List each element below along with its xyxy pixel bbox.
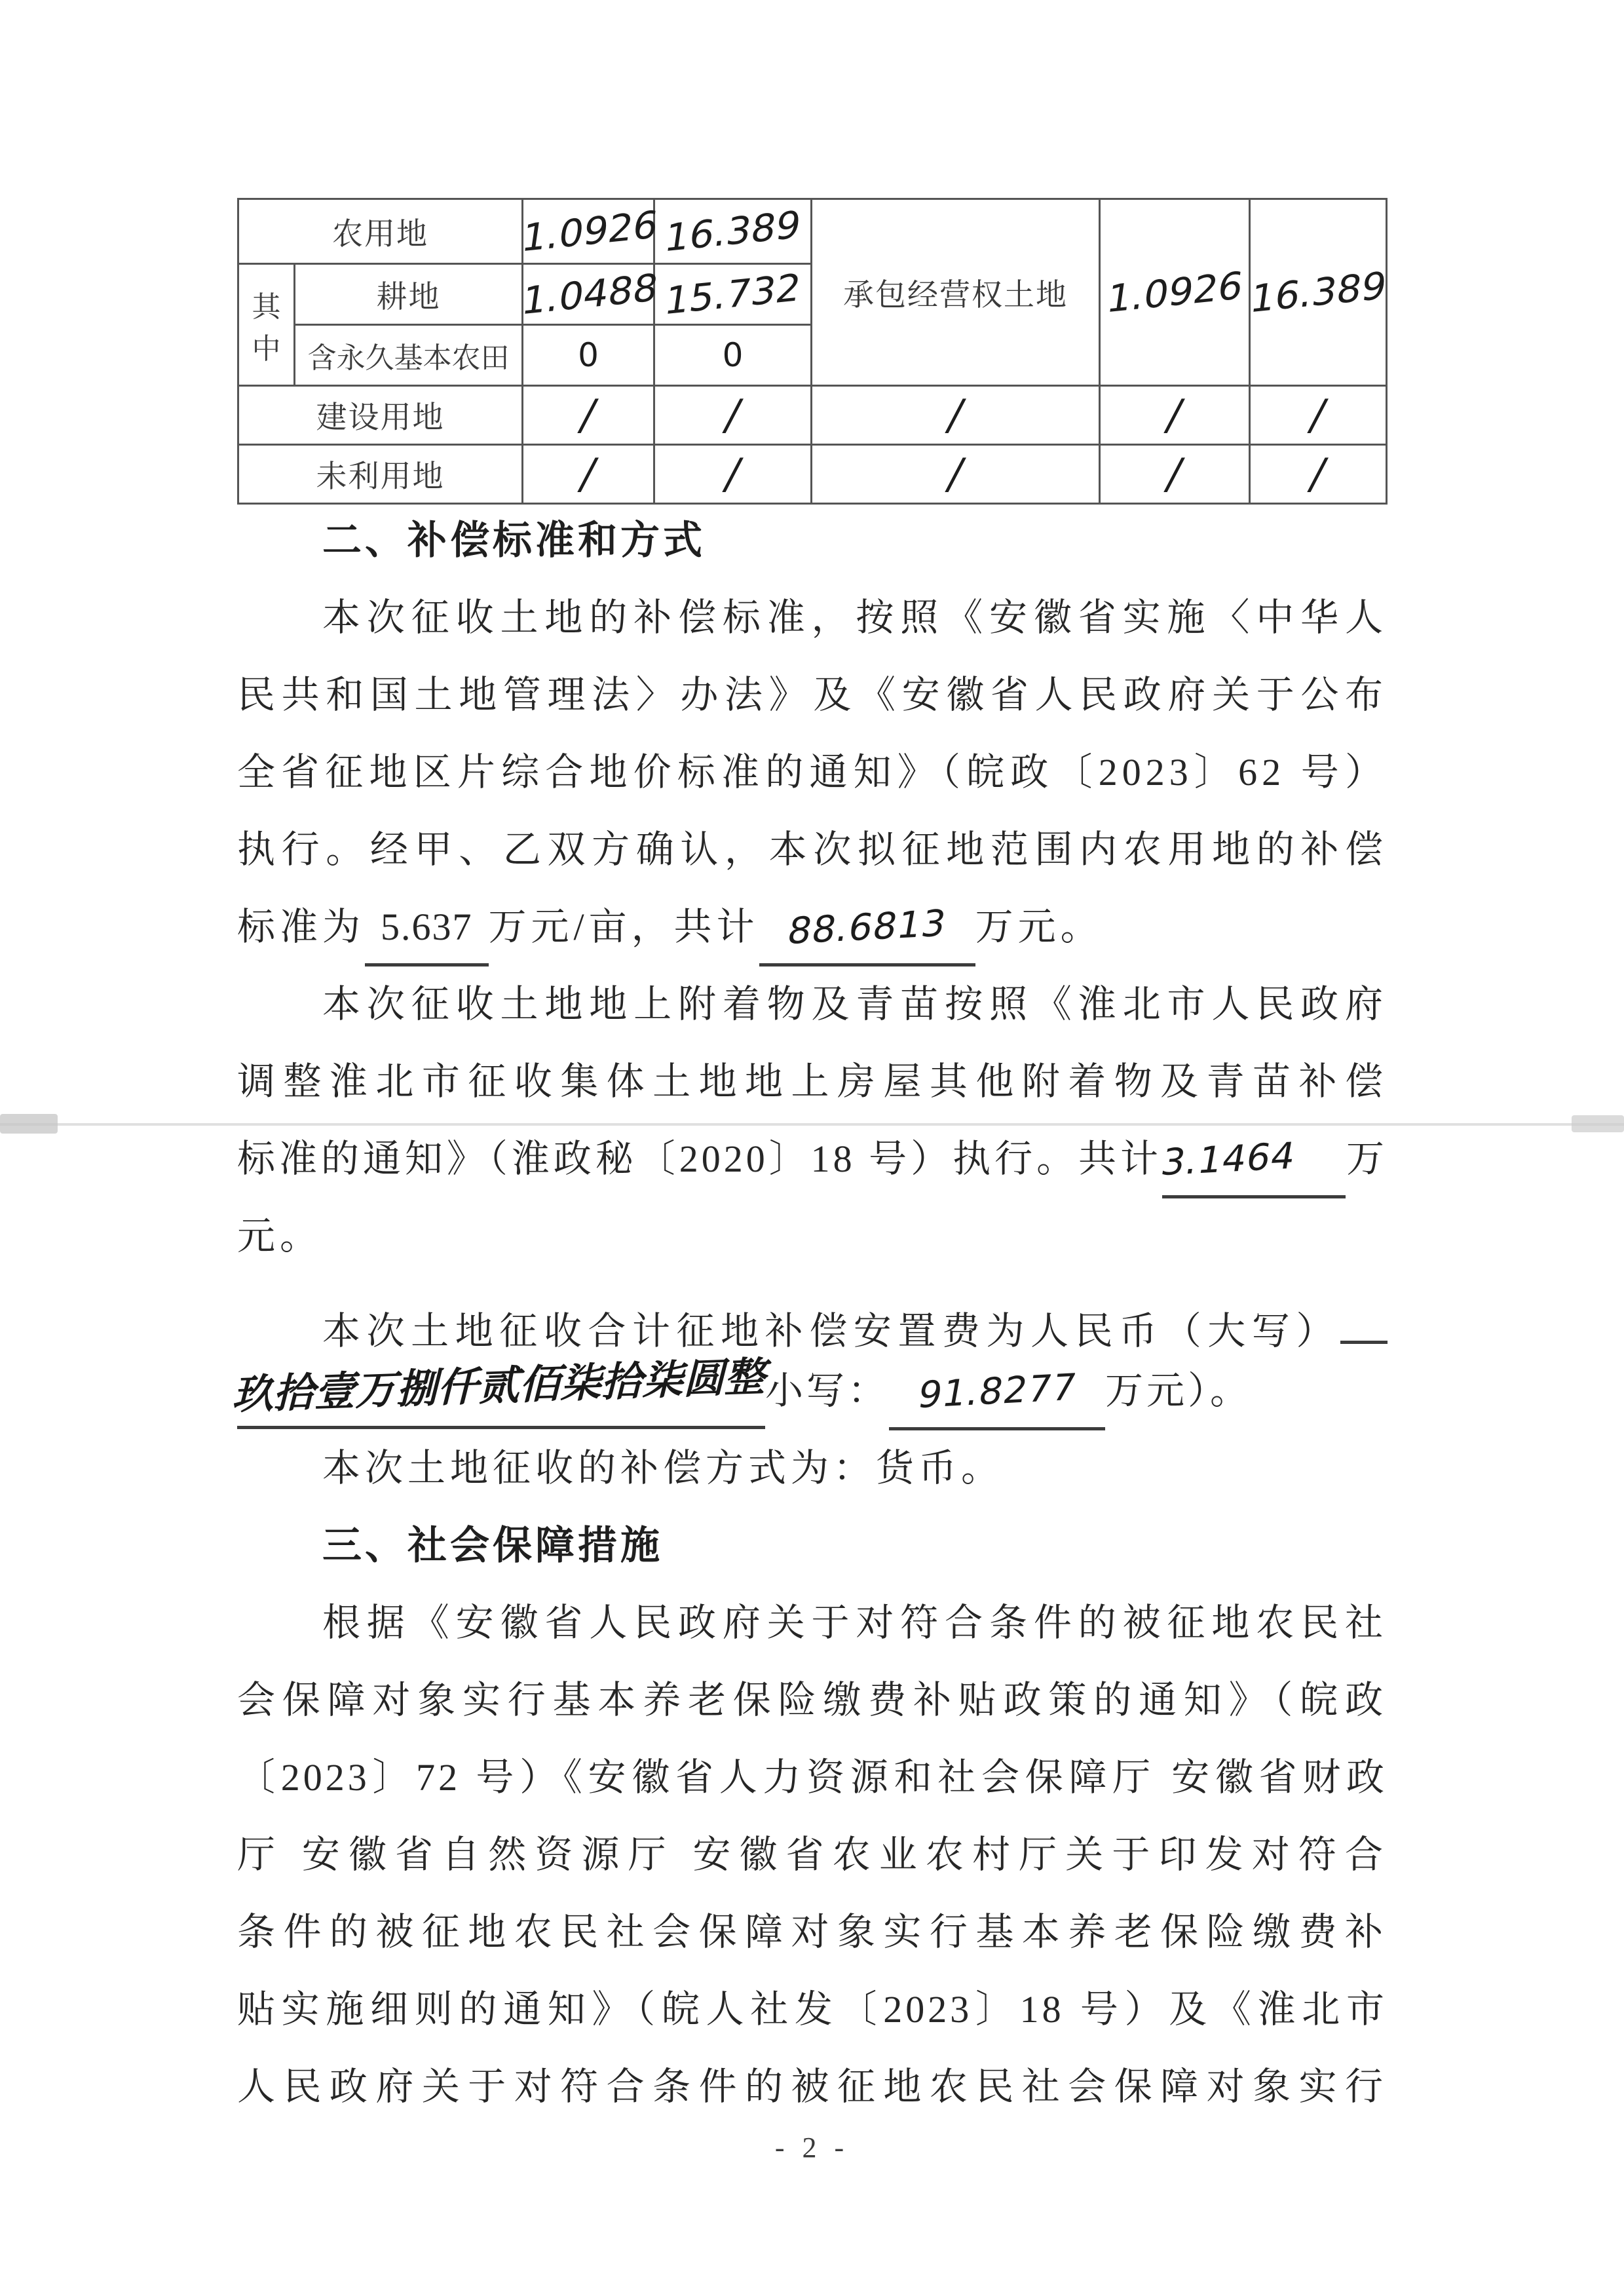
cell-jibennongtian-mu: 0 xyxy=(654,325,812,386)
cell-jibennongtian-label: 含永久基本农田 xyxy=(295,325,523,386)
scanned-document-page: 农用地 1.0926 16.389 承包经营权土地 1.0926 16.389 … xyxy=(0,0,1624,2296)
static-text: 万元）。 xyxy=(1105,1369,1251,1412)
handwritten-slash: / xyxy=(943,450,968,499)
paragraph-line: 贴实施细则的通知》（皖人社发〔2023〕18 号）及《淮北市 xyxy=(237,1971,1388,2048)
static-text: 标准为 xyxy=(237,906,365,948)
paragraph-line: 本次征收土地的补偿标准，按照《安徽省实施〈中华人 xyxy=(237,579,1388,657)
static-text: 万元/亩，共计 xyxy=(489,906,759,948)
rate-value-underlined: 5.637 xyxy=(365,898,489,966)
handwritten-value: 16.389 xyxy=(1247,263,1389,322)
cell-chengbao-label: 承包经营权土地 xyxy=(812,199,1100,386)
paragraph-line: 调整淮北市征收集体土地地上房屋其他附着物及青苗补偿 xyxy=(237,1043,1388,1120)
cell-weiliyong-v1: / xyxy=(523,445,654,504)
small-amount-blank: 91.8277 xyxy=(889,1362,1105,1430)
cell-chengbao-hectare: 1.0926 xyxy=(1100,199,1250,386)
section2-heading: 二、补偿标准和方式 xyxy=(237,502,1388,579)
paragraph-line-total-capital: 本次土地征收合计征地补偿安置费为人民币（大写） xyxy=(237,1275,1388,1352)
handwritten-slash: / xyxy=(1306,391,1330,440)
section3-heading: 三、社会保障措施 xyxy=(237,1507,1388,1584)
cell-gengdi-label: 耕地 xyxy=(295,264,523,325)
paragraph-line: 全省征地区片综合地价标准的通知》（皖政〔2023〕62 号） xyxy=(237,734,1388,811)
paragraph-line: 根据《安徽省人民政府关于对符合条件的被征地农民社 xyxy=(237,1584,1388,1662)
cell-weiliyong-v3: / xyxy=(812,445,1100,504)
cell-jianshe-v5: / xyxy=(1250,386,1387,445)
handwritten-slash: / xyxy=(576,391,600,440)
handwritten-slash: / xyxy=(1162,450,1186,499)
static-text: 标准的通知》（淮政秘〔2020〕18 号）执行。共计 xyxy=(237,1138,1162,1180)
cell-weiliyong-v4: / xyxy=(1100,445,1250,504)
cell-gengdi-mu: 15.732 xyxy=(654,264,812,325)
handwritten-total: 3.1464 xyxy=(1156,1127,1300,1193)
scan-edge-artifact-right xyxy=(1572,1115,1624,1132)
handwritten-value: 16.389 xyxy=(662,202,804,261)
total-blank: 3.1464 xyxy=(1162,1130,1346,1198)
page-number: - 2 - xyxy=(0,2131,1624,2164)
paragraph-line: 〔2023〕72 号）《安徽省人力资源和社会保障厅 安徽省财政 xyxy=(237,1739,1388,1816)
row-label: 未利用地 xyxy=(316,460,445,494)
scan-fold-artifact xyxy=(0,1123,1624,1126)
paragraph-line: 条件的被征地农民社会保障对象实行基本养老保险缴费补 xyxy=(237,1894,1388,1971)
cell-nongyongdi-hectare: 1.0926 xyxy=(523,199,654,264)
handwritten-capital-amount: 玖拾壹万捌仟贰佰柒拾柒圆整 xyxy=(228,1347,776,1425)
cell-qizhong-label: 其中 xyxy=(238,264,295,386)
scan-edge-artifact-left xyxy=(0,1114,58,1134)
handwritten-slash: / xyxy=(1306,450,1330,499)
cell-weiliyong-v2: / xyxy=(654,445,812,504)
static-text: 万元。 xyxy=(975,906,1103,948)
handwritten-slash: / xyxy=(576,450,600,499)
paragraph-line-compensation-rate: 标准为5.637万元/亩，共计88.6813万元。 xyxy=(237,889,1388,966)
table-row: 未利用地 / / / / / xyxy=(238,445,1387,504)
table-row: 农用地 1.0926 16.389 承包经营权土地 1.0926 16.389 xyxy=(238,199,1387,264)
handwritten-slash: / xyxy=(721,391,745,440)
cell-jianshe-v4: / xyxy=(1100,386,1250,445)
land-area-table: 农用地 1.0926 16.389 承包经营权土地 1.0926 16.389 … xyxy=(237,198,1388,505)
handwritten-value: 0 xyxy=(723,336,744,374)
total-blank: 88.6813 xyxy=(759,898,975,966)
row-label: 含永久基本农田 xyxy=(308,342,510,374)
static-text: 万 xyxy=(1346,1138,1388,1180)
handwritten-total: 88.6813 xyxy=(783,894,951,961)
capital-amount-blank: 玖拾壹万捌仟贰佰柒拾柒圆整 xyxy=(237,1360,765,1429)
cell-jibennongtian-hectare: 0 xyxy=(523,325,654,386)
row-label: 农用地 xyxy=(332,218,428,252)
row-label: 建设用地 xyxy=(316,401,445,435)
static-text: 本次土地征收合计征地补偿安置费为人民币（大写） xyxy=(322,1310,1340,1352)
handwritten-small-amount: 91.8277 xyxy=(913,1358,1081,1425)
paragraph-line: 厅 安徽省自然资源厅 安徽省农业农村厅关于印发对符合 xyxy=(237,1816,1388,1894)
cell-jianshe-v3: / xyxy=(812,386,1100,445)
row-label: 承包经营权土地 xyxy=(843,278,1068,313)
row-label: 其中 xyxy=(252,291,281,365)
paragraph-line: 民共和国土地管理法〉办法》及《安徽省人民政府关于公布 xyxy=(237,657,1388,734)
handwritten-value: 0 xyxy=(578,336,599,374)
paragraph-line: 元。 xyxy=(237,1198,1388,1275)
paragraph-line: 人民政府关于对符合条件的被征地农民社会保障对象实行 xyxy=(237,2048,1388,2126)
cell-jianshe-v1: / xyxy=(523,386,654,445)
cell-jianshe-v2: / xyxy=(654,386,812,445)
cell-weiliyong-label: 未利用地 xyxy=(238,445,523,504)
cell-weiliyong-v5: / xyxy=(1250,445,1387,504)
handwritten-slash: / xyxy=(721,450,745,499)
table-row: 建设用地 / / / / / xyxy=(238,386,1387,445)
cell-gengdi-hectare: 1.0488 xyxy=(523,264,654,325)
static-text: 小写： xyxy=(765,1369,889,1412)
handwritten-value: 15.732 xyxy=(662,265,804,324)
handwritten-slash: / xyxy=(943,391,968,440)
blank-underline xyxy=(1340,1275,1388,1344)
paragraph-line-greenery-total: 标准的通知》（淮政秘〔2020〕18 号）执行。共计3.1464万 xyxy=(237,1120,1388,1198)
row-label: 耕地 xyxy=(377,280,441,315)
cell-nongyongdi-label: 农用地 xyxy=(238,199,523,264)
handwritten-value: 1.0926 xyxy=(1104,263,1246,322)
cell-chengbao-mu: 16.389 xyxy=(1250,199,1387,386)
paragraph-line: 执行。经甲、乙双方确认，本次拟征地范围内农用地的补偿 xyxy=(237,811,1388,889)
handwritten-slash: / xyxy=(1162,391,1186,440)
paragraph-line-amount-words: 玖拾壹万捌仟贰佰柒拾柒圆整小写：91.8277万元）。 xyxy=(237,1352,1388,1430)
paragraph-line: 本次征收土地地上附着物及青苗按照《淮北市人民政府 xyxy=(237,966,1388,1043)
cell-jianshe-label: 建设用地 xyxy=(238,386,523,445)
handwritten-value: 1.0926 xyxy=(519,202,661,261)
paragraph-line: 会保障对象实行基本养老保险缴费补贴政策的通知》（皖政 xyxy=(237,1662,1388,1739)
paragraph-line: 本次土地征收的补偿方式为：货币。 xyxy=(237,1430,1388,1507)
handwritten-value: 1.0488 xyxy=(519,265,661,324)
document-body: 二、补偿标准和方式 本次征收土地的补偿标准，按照《安徽省实施〈中华人 民共和国土… xyxy=(237,502,1388,2126)
cell-nongyongdi-mu: 16.389 xyxy=(654,199,812,264)
